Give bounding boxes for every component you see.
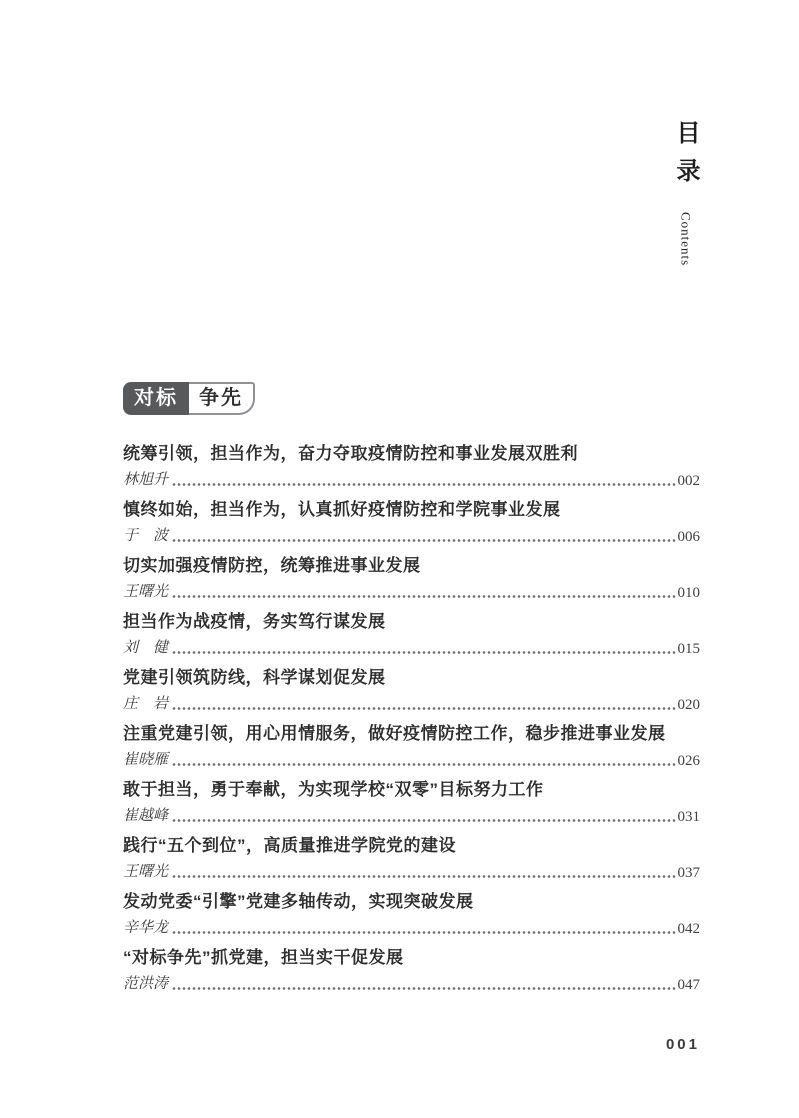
- toc-entry-title: 党建引领筑防线，科学谋划促发展: [123, 666, 700, 690]
- toc-entry-title: 担当作为战疫情，务实笃行谋发展: [123, 610, 700, 634]
- toc-page: 目录 Contents 对标 争先 统筹引领，担当作为，奋力夺取疫情防控和事业发…: [0, 0, 799, 1118]
- toc-entry-page: 015: [678, 640, 701, 658]
- toc-entry-author: 于 波: [123, 526, 168, 546]
- section-badge: 对标 争先: [123, 382, 255, 415]
- toc-entry-author: 崔越峰: [123, 806, 168, 826]
- toc-entry: 敢于担当，勇于奉献，为实现学校“双零”目标努力工作 崔越峰 031: [123, 778, 700, 826]
- dot-leader: [172, 538, 676, 543]
- toc-entry-page: 047: [678, 976, 701, 994]
- toc-entry: 切实加强疫情防控，统筹推进事业发展 王曙光 010: [123, 554, 700, 602]
- toc-title-english: Contents: [678, 212, 694, 266]
- toc-entry: 发动党委“引擎”党建多轴传动，实现突破发展 辛华龙 042: [123, 890, 700, 938]
- dot-leader: [172, 874, 676, 879]
- toc-entry-meta: 范洪涛 047: [123, 972, 700, 994]
- toc-entry-page: 026: [678, 752, 701, 770]
- toc-entry-page: 010: [678, 584, 701, 602]
- toc-entry-meta: 辛华龙 042: [123, 916, 700, 938]
- toc-entry-author: 刘 健: [123, 638, 168, 658]
- toc-entry: 注重党建引领，用心用情服务，做好疫情防控工作，稳步推进事业发展 崔晓雁 026: [123, 722, 700, 770]
- dot-leader: [172, 594, 676, 599]
- toc-entry-author: 王曙光: [123, 582, 168, 602]
- toc-entry-page: 020: [678, 696, 701, 714]
- toc-entry-meta: 崔晓雁 026: [123, 748, 700, 770]
- toc-entry: 统筹引领，担当作为，奋力夺取疫情防控和事业发展双胜利 林旭升 002: [123, 442, 700, 490]
- toc-entry-author: 崔晓雁: [123, 750, 168, 770]
- toc-entry-meta: 刘 健 015: [123, 636, 700, 658]
- toc-entry-page: 002: [678, 472, 701, 490]
- toc-entry-meta: 王曙光 010: [123, 580, 700, 602]
- toc-entry-author: 范洪涛: [123, 974, 168, 994]
- dot-leader: [172, 650, 676, 655]
- toc-entry-title: 切实加强疫情防控，统筹推进事业发展: [123, 554, 700, 578]
- section-badge-right: 争先: [189, 382, 255, 415]
- toc-entry-page: 031: [678, 808, 701, 826]
- toc-entry-title: “对标争先”抓党建，担当实干促发展: [123, 946, 700, 970]
- section-badge-left: 对标: [123, 382, 189, 415]
- toc-entry-page: 042: [678, 920, 701, 938]
- toc-entry-meta: 崔越峰 031: [123, 804, 700, 826]
- toc-entry-title: 慎终如始，担当作为，认真抓好疫情防控和学院事业发展: [123, 498, 700, 522]
- toc-entry: 党建引领筑防线，科学谋划促发展 庄 岩 020: [123, 666, 700, 714]
- toc-entry-author: 辛华龙: [123, 918, 168, 938]
- dot-leader: [172, 986, 676, 991]
- dot-leader: [172, 930, 676, 935]
- toc-entry-page: 037: [678, 864, 701, 882]
- folio-page-number: 001: [666, 1036, 700, 1053]
- toc-entry-title: 统筹引领，担当作为，奋力夺取疫情防控和事业发展双胜利: [123, 442, 700, 466]
- toc-entry: 践行“五个到位”，高质量推进学院党的建设 王曙光 037: [123, 834, 700, 882]
- toc-entry: 慎终如始，担当作为，认真抓好疫情防控和学院事业发展 于 波 006: [123, 498, 700, 546]
- toc-content: 对标 争先 统筹引领，担当作为，奋力夺取疫情防控和事业发展双胜利 林旭升 002…: [123, 382, 700, 1002]
- dot-leader: [172, 762, 676, 767]
- dot-leader: [172, 482, 676, 487]
- toc-entry-title: 注重党建引领，用心用情服务，做好疫情防控工作，稳步推进事业发展: [123, 722, 700, 746]
- toc-title-chinese: 目录: [668, 120, 703, 196]
- toc-entry-author: 林旭升: [123, 470, 168, 490]
- toc-entry-meta: 王曙光 037: [123, 860, 700, 882]
- toc-entry-title: 发动党委“引擎”党建多轴传动，实现突破发展: [123, 890, 700, 914]
- toc-entry-author: 王曙光: [123, 862, 168, 882]
- dot-leader: [172, 818, 676, 823]
- toc-entry-author: 庄 岩: [123, 694, 168, 714]
- toc-entry-title: 践行“五个到位”，高质量推进学院党的建设: [123, 834, 700, 858]
- page-header: 目录 Contents: [668, 120, 703, 266]
- toc-entry-title: 敢于担当，勇于奉献，为实现学校“双零”目标努力工作: [123, 778, 700, 802]
- toc-entry-page: 006: [678, 528, 701, 546]
- toc-entry-meta: 林旭升 002: [123, 468, 700, 490]
- toc-entry-meta: 于 波 006: [123, 524, 700, 546]
- toc-entry: “对标争先”抓党建，担当实干促发展 范洪涛 047: [123, 946, 700, 994]
- toc-entry: 担当作为战疫情，务实笃行谋发展 刘 健 015: [123, 610, 700, 658]
- toc-entry-meta: 庄 岩 020: [123, 692, 700, 714]
- dot-leader: [172, 706, 676, 711]
